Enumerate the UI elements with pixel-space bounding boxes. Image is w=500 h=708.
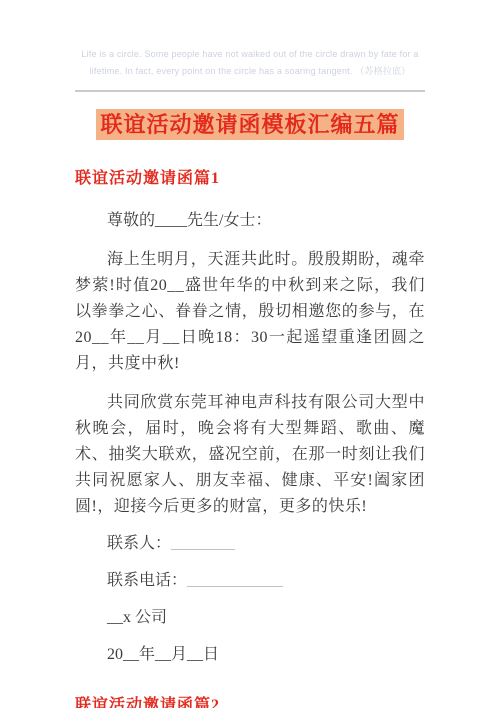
contact-phone-line: 联系电话：____________ — [75, 568, 425, 594]
signature-line: __x 公司 — [75, 605, 425, 631]
paragraph-invitation: 海上生明月，天涯共此时。殷殷期盼，魂牵梦萦!时值20__盛世年华的中秋到来之际，… — [75, 247, 425, 377]
contact-phone-label: 联系电话： — [107, 572, 187, 589]
paragraph-program: 共同欣赏东莞耳神电声科技有限公司大型中秋晚会，届时，晚会将有大型舞蹈、歌曲、魔术… — [75, 390, 425, 520]
salutation-line: 尊敬的____先生/女士： — [75, 208, 425, 234]
date-line: 20__年__月__日 — [75, 642, 425, 668]
document-title: 联谊活动邀请函模板汇编五篇 — [75, 108, 425, 139]
section2-heading: 联谊活动邀请函篇2 — [75, 692, 425, 708]
header-quote: Life is a circle. Some people have not w… — [75, 46, 425, 80]
header-divider — [75, 90, 425, 92]
contact-person-blank: ________ — [171, 535, 235, 552]
contact-phone-blank: ____________ — [187, 572, 283, 589]
section1-heading: 联谊活动邀请函篇1 — [75, 165, 425, 188]
document-title-text: 联谊活动邀请函模板汇编五篇 — [96, 109, 403, 140]
header-quote-attribution: （苏格拉底） — [355, 66, 410, 76]
document-page: Life is a circle. Some people have not w… — [75, 0, 425, 708]
contact-person-line: 联系人：________ — [75, 531, 425, 557]
contact-person-label: 联系人： — [107, 535, 171, 552]
